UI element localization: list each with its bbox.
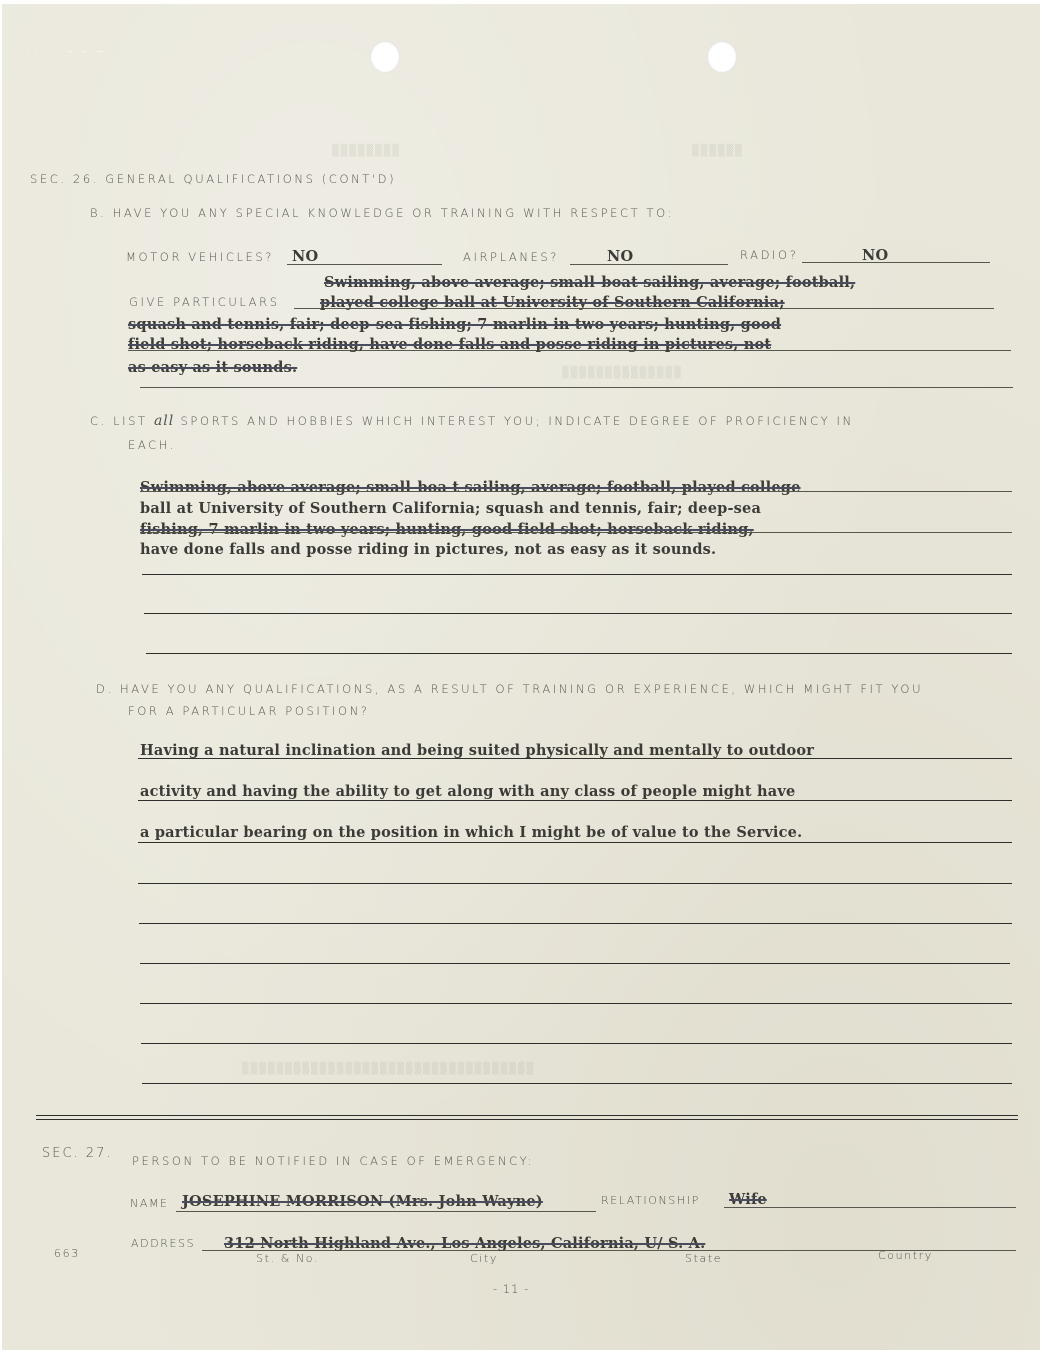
address-value[interactable]: 312 North Highland Ave., Los Angeles, Ca… (224, 1235, 705, 1252)
relationship-value[interactable]: Wife (729, 1191, 767, 1208)
particulars-line[interactable]: Swimming, above average; small-boat sail… (324, 274, 855, 291)
particulars-line[interactable]: squash and tennis, fair; deep-sea fishin… (128, 316, 781, 333)
section-26-heading: SEC. 26. GENERAL QUALIFICATIONS (CONT'D) (30, 172, 396, 186)
bleed-through-text: ▒▒▒▒▒▒ (692, 144, 744, 157)
answer-d-rule (140, 963, 1010, 964)
give-particulars-label: GIVE PARTICULARS (129, 295, 280, 309)
form-number: 663 (54, 1247, 80, 1260)
airplanes-value[interactable]: NO (607, 248, 633, 265)
particulars-line[interactable]: field shot; horseback riding, have done … (128, 336, 771, 353)
question-d: D. HAVE YOU ANY QUALIFICATIONS, AS A RES… (96, 682, 923, 696)
answer-c-line[interactable]: Swimming, above average; small-boa t sai… (140, 479, 801, 496)
motor-vehicles-value[interactable]: NO (292, 248, 318, 265)
address-label: ADDRESS (131, 1237, 195, 1250)
relationship-line (724, 1207, 1016, 1208)
answer-d-rule (142, 1083, 1012, 1084)
section-27-label: SEC. 27. (42, 1146, 112, 1161)
answer-d-rule (140, 1003, 1012, 1004)
relationship-label: RELATIONSHIP (601, 1194, 700, 1207)
page-number: - 11 - (493, 1282, 529, 1296)
bleed-through-text: ▒▒▒▒▒▒▒▒▒▒▒▒▒▒▒▒▒▒▒▒▒▒▒▒▒▒▒▒▒▒▒▒▒▒ (242, 1062, 535, 1075)
punch-hole-right (707, 41, 737, 73)
answer-c-line[interactable]: ball at University of Southern Californi… (140, 500, 761, 517)
emergency-contact-question: PERSON TO BE NOTIFIED IN CASE OF EMERGEN… (132, 1154, 534, 1168)
embossed-mark: ···· · ‐ ‐ ‒ (20, 44, 107, 58)
address-sublabel-state: State (685, 1252, 722, 1265)
address-sublabel-country: Country (878, 1249, 933, 1262)
question-c-line2: EACH. (128, 438, 176, 452)
answer-d-rule (139, 923, 1012, 924)
form-page: ···· · ‐ ‐ ‒ ▒▒▒▒▒▒▒▒ ▒▒▒▒▒▒ ▒▒▒▒▒▒▒▒▒▒▒… (2, 4, 1040, 1350)
particulars-rule (140, 387, 1013, 388)
answer-d-rule (141, 1043, 1012, 1044)
answer-d-rule (138, 800, 1012, 801)
answer-c-rule (142, 574, 1012, 575)
particulars-line[interactable]: played college ball at University of Sou… (320, 294, 785, 311)
radio-line (802, 262, 990, 263)
answer-d-rule (138, 758, 1012, 759)
punch-hole-left (370, 41, 400, 73)
airplanes-line (570, 264, 728, 265)
answer-c-line[interactable]: have done falls and posse riding in pict… (140, 541, 716, 558)
radio-value[interactable]: NO (862, 247, 888, 264)
particulars-line[interactable]: as easy as it sounds. (128, 359, 297, 376)
answer-d-rule (138, 842, 1012, 843)
motor-vehicles-label: MOTOR VEHICLES? (126, 250, 274, 264)
bleed-through-text: ▒▒▒▒▒▒▒▒▒▒▒▒▒▒ (562, 366, 683, 379)
radio-label: RADIO? (740, 248, 798, 262)
question-c: C. LIST all SPORTS AND HOBBIES WHICH INT… (90, 413, 854, 429)
answer-c-rule (140, 532, 1012, 533)
answer-c-rule (140, 491, 1012, 492)
answer-c-line[interactable]: fishing, 7 marlin in two years; hunting,… (140, 521, 754, 538)
address-sublabel-city: City (470, 1252, 498, 1265)
answer-c-rule (144, 613, 1012, 614)
name-value[interactable]: JOSEPHINE MORRISON (Mrs. John Wayne) (182, 1193, 543, 1210)
bleed-through-text: ▒▒▒▒▒▒▒▒ (332, 144, 401, 157)
question-c-prefix: C. LIST (90, 414, 148, 428)
name-line (176, 1211, 596, 1212)
question-b: B. HAVE YOU ANY SPECIAL KNOWLEDGE OR TRA… (90, 206, 674, 220)
section-divider (36, 1115, 1018, 1116)
section-divider (36, 1119, 1018, 1120)
question-c-rest: SPORTS AND HOBBIES WHICH INTEREST YOU; I… (181, 414, 854, 428)
answer-d-line[interactable]: a particular bearing on the position in … (140, 824, 802, 841)
name-label: NAME (130, 1197, 169, 1210)
answer-d-line[interactable]: Having a natural inclination and being s… (140, 742, 814, 759)
airplanes-label: AIRPLANES? (463, 250, 559, 264)
question-c-emphasis: all (154, 413, 174, 429)
address-sublabel-street: St. & No. (256, 1252, 319, 1265)
answer-d-line[interactable]: activity and having the ability to get a… (140, 783, 795, 800)
answer-d-rule (138, 883, 1012, 884)
question-d-line2: FOR A PARTICULAR POSITION? (128, 704, 370, 718)
answer-c-rule (146, 653, 1012, 654)
